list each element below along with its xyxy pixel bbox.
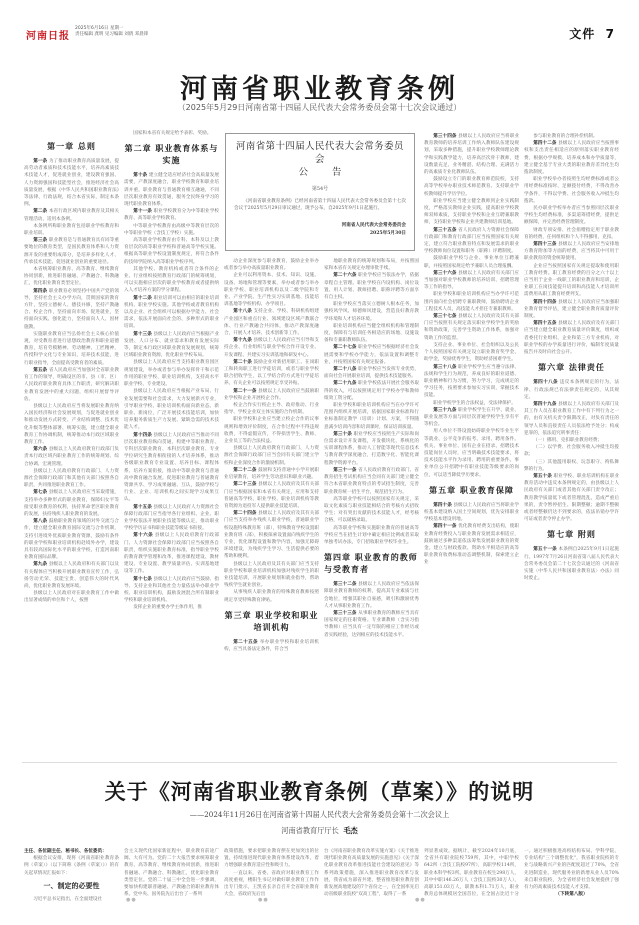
paragraph: 根据会议安排，现将《河南省职业教育条例（草案）》（以下简称《条例（草案）》）的有… [24,855,119,877]
article-paragraph: 第二十三条 县级以上人民政府及其有关部门应当根据国家和本省有关规定，应用和支持普… [224,481,319,510]
article-text: 支持企业、事业单位、社会组织以及公民个人按照国家有关规定设立职业教育奖学金、助学… [424,343,519,362]
article-column-6: 参与职业教育的合理补偿机制。第四十二条 县级以上人民政府应当按照事权和支出责任相… [524,133,619,745]
article-label: 第二十七条 [333,345,356,350]
chapter-heading: 第三章 职业学校和职业培训机构 [224,610,319,634]
article-label: 第四十三条 [533,242,556,247]
article-paragraph: 第三十三条 从事职业教育的教师应当具有国家规定的任职资格。专业课教师（含实习指导… [324,610,419,639]
paragraph: 高等职业学校和实施职业教育的普通高等学校应当在招生计划中确定相应比例或者采取单独… [324,525,419,547]
article-label: 第二十一条 [233,389,256,394]
article-paragraph: 第四十九条 县级以上人民政府有关部门及其工作人员在职业教育工作中有下列行为之一的… [524,401,619,437]
chapter-heading: 第六章 法律责任 [524,362,619,374]
paragraph: 动企业深度参与职业教育，鼓励企业举办或者参与举办高质量职业教育。 [224,258,319,272]
paragraph: 职业学校和职业培训机构应当办学许可范围内面向社会招聘专兼职教师，鼓励聘请企业工程… [424,291,519,313]
article-paragraph: 第四条 职业教育必须坚持中国共产党的领导，坚持社会主义办学方向，贯彻国家的教育方… [24,288,119,331]
article-label: 第二十六条 [333,273,356,278]
section-name: 文件 [569,27,595,41]
article-text: 中等职业学校教育由高级中等教育层次的中等职业学校（含技工学校）实施。 [124,224,219,236]
article-column-4: 地职业教育的统筹规划和布局，并按照国家和本省有关规定办理审批手续。第二十六条 职… [324,258,419,745]
paragraph: 列显著成效。据统计，截至2024年10月底，全省共有职业院校759所，其中，中职… [424,848,519,898]
chapter-heading: 第二章 职业教育体系与实施 [124,143,219,167]
article-text: 县级以上人民政府及其有关部门应当支持职业学校和职业培训机构加强对残疾学生的职业技… [224,562,319,589]
article-text: 国家和本省有关规定给予表彰、奖励。 [133,131,211,136]
continued-note: （下转第八版） [524,891,619,898]
article-text: 参与职业教育的合理补偿机制。 [533,134,597,139]
notice-title: 河南省第十四届人民代表大会常务委员会 [234,140,406,166]
article-paragraph: 第四十八条 违反本条例规定的行为，法律、行政法规已有法律责任规定的，从其规定。 [524,379,619,401]
author-org: 河南省教育厅厅长 [281,826,339,835]
article-paragraph: 第二十二条 鼓励和支持普通中小学开展职业启蒙教育，培养学生劳动意识和职业兴趣。 [224,467,319,481]
article-label: 第三十条 [333,432,352,437]
paragraph: 发挥企业的重要办学主体作用，推 [124,604,219,611]
article-label: 第四十二条 [533,141,556,146]
article-label: 第十七条 [133,577,152,582]
article-column-1: 第一章 总则第一条 为了推动职业教育高质量发展，提高劳动者素质和技术技能水平，培… [24,135,119,745]
article-paragraph: 第四十三条 县级以上人民政府应当安排地方教育附加等方面的经费，应当将其中可用于职… [524,241,619,263]
article-label: 第五条 [33,368,47,373]
article-label: 第二十四条 [233,511,256,516]
chapter-heading: 第七章 附则 [524,529,619,541]
article-paragraph: 第二十一条 县级以上人民政府应当鼓励职业学校和企业开展校企合作。 [224,388,319,402]
article-paragraph: 第三十一条 省人民政府教育行政部门、省教育招生考试机构应当会同有关部门建立健全符… [324,467,419,496]
page-number: 7 [606,27,615,41]
article-paragraph: 第十二条 职业培训可以由相应的职业培训机构、职业学校实施。其他学校或者教育机构以… [124,295,219,331]
article-paragraph: 第四十一条 优化教育经费支出结构，使职业教育经费投入与职业教育发展需求相适应，鼓… [424,523,519,566]
article-label: 第三十四条 [433,134,456,139]
article-text: 其他学校、教育机构或者符合条件的企业、行业组织按照教育行政部门的统筹规划，可以实… [124,267,219,294]
paragraph: （二）以学费、社会服务收入冲抵生均拨款； [524,444,619,458]
article-label: 第三十七条 [433,314,456,319]
article-text: 企业应当按照国家有关规定提取和使用职工教育经费。职工教育经费的百分之六十以上应当… [524,264,619,298]
article-paragraph: 第二十九条 职业学校依法开展社会服务取得的收入，可以按照规定用于学校办学和教师绩… [324,380,419,402]
paragraph: 县级以上人民政府应当支持职业教育园区规划建设，举办或者参与举办发挥骨干和示范作用… [124,359,219,388]
article-text: 为了推动职业教育高质量发展，提高劳动者素质和技术技能水平，培养高素质技术技能人才… [24,159,119,207]
article-text: 职业学校举办者按照生均经费标准或者公用经费标准按时、足额拨付经费，不得改善办学条… [524,177,619,204]
separator-dots: ●● [126,897,137,903]
explanation-title: 关于《河南省职业教育条例（草案）》的说明 [0,776,639,806]
paragraph: 其他学校、教育机构或者符合条件的企业、行业组织按照教育行政部门的统筹规划，可以实… [124,266,219,295]
explanation-column-3: 政策措施，要求把职业教育摆在更加突出的位置，持续推进现代职业教育体系建设改革，着… [224,848,319,898]
article-text: 职业学校和企业应当建立校企合作的议事规则和增效评价制度，在合作过程中不得违规收费… [224,417,319,444]
article-paragraph: 第三十九条 职业学校学生在升学、就业、职业发展等方面与同层次普通学校学生享有平等… [424,407,519,429]
explanation-column-1: 主任、各位副主任、秘书长、各位委员： 根据会议安排，现将《河南省职业教育条例（草… [24,848,119,908]
article-text: （一）挪用、克扣职业教育经费； [533,438,602,443]
article-paragraph: 第十五条 县级以上人民政府人力资源社会保障行政部门应当指导各行业组织、企业、职业… [124,504,219,533]
masthead: 河南日报 2025年6月16日 星期一 责任编辑 龚明 见习编辑 刘倩 邓晨锋 … [0,0,639,46]
paragraph: 从事残疾人职业教育的特殊教育教师按照规定享受特殊教育津贴。 [224,589,319,603]
notice-date: 2025年5月30日 [234,230,406,237]
paragraph: 县级以上人民政府对在职业教育工作中做出显著成绩的单位和个人，按照 [24,590,119,604]
paragraph: 实施职业教育应当弘扬社会主义核心价值观，对受教育者进行思想政治教育和职业道德教育… [24,331,119,367]
article-text: 鼓励设立专门的职业教育师范院校，支持高等学校举办职业技术师范教育。支持职业学校教… [424,177,519,196]
paragraph: 民办职业学校举办者应当参照同层次职业学校生均经费标准，多渠道筹措经费，提供足额保… [524,205,619,227]
paragraph: 一直以来，省委、省政府对职业教育工作高度重视，楼阳生书记对做好职业教育工作作出专… [224,870,319,898]
article-paragraph: 第五十条 职业学校、职业培训机构在职业教育活动中违反本条例规定的，由县级以上人民… [524,473,619,523]
paragraph: 职业学校应当落实立德树人根本任务，加强校风学风、师德师风建设，营造良好教育教学环… [324,301,419,323]
regulation-subtitle: （2025年5月29日河南省第十四届人民代表大会常务委员会第十七次会议通过） [0,102,639,113]
chapter-heading: 第五章 职业教育保障 [424,485,519,497]
article-label: 第四十一条 [433,524,456,529]
article-text: 县级以上人民政府应当将职业教育教师的培养培训工作纳入教师队伍建设规划，采取多种措… [424,134,519,175]
article-text: 县级以上人民政府应当根据产业布局、行业发展需要和社会需求，大力发展新兴专业，引导… [124,389,219,430]
article-label: 第二条 [33,209,47,214]
paragraph: 职业学校学生的合法权益，受法律保护。 [424,400,519,407]
article-label: 第十二条 [133,296,152,301]
article-label: 第三十六条 [433,271,456,276]
article-label: 第五十条 [533,474,552,479]
paragraph: 本省统筹职业教育、高等教育、继续教育协同创新，推进职普融通、产教融合、科教融汇，… [24,266,119,288]
article-label: 第四十条 [433,503,452,508]
paragraph: 习近平总书记指出，在全面建设社 [24,896,119,903]
article-column-5: 第三十四条 县级以上人民政府应当将职业教育教师的培养培训工作纳入教师队伍建设规划… [424,133,519,745]
article-text: 鼓励职业教育领域的对外交流与合作，建立健全职业教育国际交流与合作机制，支持引进境… [24,519,119,560]
article-text: 县级以上人民政府应当按照事权和支出责任相适应的原则落实职业教育经费，根据办学规模… [524,141,619,175]
section-divider [22,762,617,763]
article-text: 动企业深度参与职业教育，鼓励企业举办或者参与举办高质量职业教育。 [224,259,319,271]
article-paragraph: 第二十八条 职业学校应当发挥专业优势，面向社会开展职业培训，提供技术技能服务。 [324,366,419,380]
article-paragraph: 第四十条 县级以上人民政府应当将职业学校基本建设纳入国土空间规划，优先安排职业学… [424,502,519,524]
notice-body: 《河南省职业教育条例》已经河南省第十四届人民代表大会常务委员会第十七次会议于20… [234,198,406,212]
article-paragraph: 第十条 建立健全适应经济社会高质量发展需要，产教深度融合，职业学校教育和职业培训… [124,172,219,208]
article-text: （三）其他滥用职权、玩忽职守、徇私舞弊的行为。 [524,460,619,472]
article-label: 第九条 [33,562,47,567]
article-paragraph: 第十三条 县级以上人民政府应当根据产业发展、人口分布、就业需求和教育发展实际等，… [124,331,219,360]
article-text: 县级以上人民政府应当推动不同层次职业教育纵向贯通，构建中等职业教育、专科层次职业… [124,433,219,503]
article-label: 第二十五条 [233,640,258,645]
article-text: 企业可以利用资本、技术、知识、设施、设备、场地和管理等要素，举办或者参与举办职业… [224,273,319,307]
article-text: 本条例所称职业教育包括职业学校教育和职业培训。 [24,224,119,236]
article-text: 职业培训机构应当健全组织机构和管理制度，保障有与培训任务相适应的场地、设施设备和… [324,324,419,343]
article-label: 第一条 [33,159,47,164]
article-label: 第四十四条 [533,300,556,305]
paragraph: 职业学校和企业应当建立校企合作的议事规则和增效评价制度，在合作过程中不得违规收费… [224,416,319,445]
article-text: 职业学校学生的合法权益，受法律保护。 [433,401,516,406]
paragraph: 企业可以利用资本、技术、知识、设施、设备、场地和管理等要素，举办或者参与举办职业… [224,272,319,308]
article-text: 职业学校和职业培训机构应当办学许可范围内面向社会招聘专兼职教师，鼓励聘请企业工程… [424,292,519,311]
article-column-3: 动企业深度参与职业教育，鼓励企业举办或者参与举办高质量职业教育。企业可以利用资本… [224,258,319,745]
article-text: 县级以上人民政府教育行政部门、人力资源社会保障行政部门和其他有关部门按照各自职责… [24,469,119,488]
article-paragraph: 第三十四条 县级以上人民政府应当将职业教育教师的培养培训工作纳入教师队伍建设规划… [424,133,519,176]
article-label: 第十四条 [133,433,152,438]
article-label: 第二十二条 [233,468,256,473]
article-label: 第三十三条 [333,611,356,616]
paragraph: 职业学校和职业培训机构应当在办学许可范围内组织开展培训，依据国家职业标准和行业标… [324,402,419,431]
separator-dots: ●● [258,897,269,903]
paragraph: 支持企业、事业单位、社会组织以及公民个人按照国家有关规定设立职业教育奖学金、助学… [424,342,519,364]
article-text: 县级以上人民政府及有关部门应当建立健全职业教育质量评价制度，组织或者委托行业组织… [524,321,619,355]
article-column-2: 国家和本省有关规定给予表彰、奖励。第二章 职业教育体系与实施第十条 建立健全适应… [124,130,219,745]
article-label: 第四条 [33,289,47,294]
author-name: 毛杰 [343,826,357,835]
article-paragraph: 第三十八条 职业学校学生应当遵守法律、法规和学生行为规范，养成良好的职业道德、职… [424,364,519,400]
paragraph: 县级以上人民政府应当将发展职业教育纳入国民经济和社会发展规划，与促进就业创业和推… [24,403,119,446]
article-paragraph: 第三十五条 省人民政府人力资源社会保障行政部门和教育行政部门应当按照国家有关规定… [424,227,519,256]
article-paragraph: 第八条 鼓励职业教育领域的对外交流与合作，建立健全职业教育国际交流与合作机制，支… [24,518,119,561]
article-text: 校企合作实行校企主导、政府推动、行业指导、学校企业双主体实施的合作机制。 [224,403,319,415]
article-text: 发挥企业的重要办学主体作用，推 [133,605,202,610]
article-text: 从事残疾人职业教育的特殊教育教师按照规定享受特殊教育津贴。 [224,590,319,602]
article-paragraph: 第十四条 县级以上人民政府应当推动不同层次职业教育纵向贯通，构建中等职业教育、专… [124,432,219,504]
paragraph: 鼓励职业学校与企业、事业单位互聘兼职，并按照国家规定给予兼职人员合理报酬。 [424,255,519,269]
salutation: 主任、各位副主任、秘书长、各位委员： [24,848,119,855]
article-text: （二）以学费、社会服务收入冲抵生均拨款； [524,445,619,457]
article-text: 实施职业教育应当弘扬社会主义核心价值观，对受教育者进行思想政治教育和职业道德教育… [24,332,119,366]
article-paragraph: 第一条 为了推动职业教育高质量发展，提高劳动者素质和技术技能水平，培养高素质技术… [24,158,119,208]
article-paragraph: 第十一条 职业学校教育分为中等职业学校教育、高等职业学校教育。 [124,208,219,222]
paragraph: 企业应当按照国家有关规定提取和使用职工教育经费。职工教育经费的百分之六十以上应当… [524,263,619,299]
regulation-title: 河南省职业教育条例 [0,67,639,106]
paragraph: （三）其他滥用职权、玩忽职守、徇私舞弊的行为。 [524,459,619,473]
article-label: 第十六条 [133,533,153,538]
article-paragraph: 第二条 本省行政区域内职业教育及其相关管理活动，适用本条例。 [24,208,119,222]
article-label: 第十三条 [133,332,152,337]
paragraph: 会主义现代化国家新征程中，职业教育前途广阔、大有可为。党的二十大报告要求统筹职业… [124,848,219,898]
article-text: 职业教育必须坚持中国共产党的领导，坚持社会主义办学方向，贯彻国家的教育方针，坚持… [24,289,119,330]
paragraph: 职业学校举办者按照生均经费标准或者公用经费标准按时、足额拨付经费，不得改善办学条… [524,176,619,205]
explanation-column-4: 台《河南省职业教育改革实施方案》《关于推进现代职业教育高质量发展的实施意见》《关… [324,848,419,898]
article-text: 高等职业学校教育由专科、本科及以上教育层次的高等职业学校和普通高等学校实施。根据… [124,238,219,265]
official-notice-box: 河南省第十四届人民代表大会常务委员会 公告 第54号 《河南省职业教育条例》已经… [225,133,415,251]
article-text: 县级以上人民政府教育行政部门、人力资源社会保障行政部门应当会同有关部门建立学校和… [224,446,319,465]
article-label: 第十条 [133,173,147,178]
article-label: 第三条 [33,238,47,243]
paragraph: 职业培训机构应当健全组织机构和管理制度，保障有与培训任务相适应的场地、设施设备和… [324,323,419,345]
section-heading: 一、制定的必要性 [24,883,119,890]
article-text: 职业学校应当建立健全教师到企业实践制度，严格落实教师企业实践，提高职业学校教师双… [424,199,519,226]
explanation-subtitle: ——2024年11月26日在河南省第十四届人民代表大会常务委员会第十二次会议上 [0,810,639,820]
article-label: 第七条 [33,490,47,495]
article-label: 第六条 [33,447,47,452]
article-label: 第二十八条 [333,367,356,372]
article-paragraph: 第四十五条 县级以上人民政府及有关部门应当建立健全职业教育质量评价制度，组织或者… [524,320,619,356]
explanation-column-5: 列显著成效。据统计，截至2024年10月底，全省共有职业院校759所，其中，中职… [424,848,519,898]
article-label: 第四十五条 [533,321,556,326]
notice-signer: 河南省人民代表大会常务委员会 [234,222,406,229]
article-paragraph: 第三十条 职业学校应当按照生产实际和岗位需求设计开发课程，开发模块化、系统化的实… [324,431,419,467]
article-paragraph: 第十六条 县级以上人民政府教育行政部门、人力资源社会保障行政部门应当按照各自职责… [124,532,219,575]
paragraph: （一）挪用、克扣职业教育经费； [524,437,619,444]
article-text: 职业学校、职业培训机构在职业教育活动中违反本条例规定的，由县级以上人民政府有关部… [524,474,619,522]
article-paragraph: 第二十七条 职业学校应当根据经济社会发展需要和学校办学能力，依法设置和调整专业，… [324,344,419,366]
article-label: 第十八条 [233,309,252,314]
article-label: 第四十九条 [533,402,556,407]
notice-subtitle: 公告 [258,166,406,179]
article-paragraph: 第九条 县级以上人民政府和有关部门以及有关媒体应当积极开展职业教育宣传工作，弘扬… [24,561,119,590]
paragraph: 县级以上人民政府及其有关部门应当支持职业学校和职业培训机构加强对残疾学生的职业技… [224,561,319,590]
article-label: 第五十一条 [533,547,557,552]
article-paragraph: 第三十二条 县级以上人民政府应当依法保障职业教育教师的权利，提高其专业素质与社会… [324,581,419,610]
paragraph: 台《河南省职业教育改革实施方案》《关于推进现代职业教育高质量发展的实施意见》《关… [324,848,419,898]
article-label: 第八条 [33,519,47,524]
article-paragraph: 第十七条 县级以上人民政府应当鼓励、指导、支持企业和其他社会力量依法举办职业学校… [124,576,219,605]
article-paragraph: 第七条 县级以上人民政府应当采取措施，支持举办多种形式的职业教育，保障妇女平等接… [24,489,119,518]
article-label: 第十九条 [233,338,252,343]
article-text: 建立健全适应经济社会高质量发展需要，产教深度融合，职业学校教育和职业培训并重，职… [124,173,219,207]
article-paragraph: 第五条 省人民政府应当加强对全省职业教育工作的领导，明确设区的市、县（市、区）人… [24,367,119,403]
article-text: 本条例自2025年9月1日起施行。1997年7月26日河南省第八届人民代表大会常… [524,547,619,581]
explanation-column-2: 会主义现代化国家新征程中，职业教育前途广阔、大有可为。党的二十大报告要求统筹职业… [124,848,219,898]
paragraph: 中等职业学校教育由高级中等教育层次的中等职业学校（含技工学校）实施。 [124,223,219,237]
article-label: 第二十三条 [233,482,256,487]
article-text: 高等职业学校和实施职业教育的普通高等学校应当在招生计划中确定相应比例或者采取单独… [324,526,419,545]
explanation-column-6: 一。通过积极推进高校结构布局、学科学院、专业结构"三个调整优化"，我省职业院校的… [524,848,619,898]
article-label: 第二十九条 [333,381,356,386]
article-paragraph: 第六条 县级以上人民政府教育行政部门负责本行政区域内职业教育工作的统筹规划、综合… [24,446,119,468]
article-paragraph: 第四十四条 县级以上人民政府应当加强职业教育督导评估，建立健全职业教育质量评价制… [524,299,619,321]
section-label: 文件 7 [569,25,615,42]
article-paragraph: 第五十一条 本条例自2025年9月1日起施行。1997年7月26日河南省第八届人… [524,546,619,582]
article-text: 县级以上人民政府及其有关部门应当支持举办残疾人职业学校，普通职业学校设施特殊教育… [224,511,319,559]
paragraph: 国家和本省有关规定给予表彰、奖励。 [124,130,219,137]
article-label: 第三十九条 [433,408,456,413]
article-label: 第十一条 [133,209,152,214]
article-label: 第三十一条 [333,468,356,473]
article-text: 本省统筹职业教育、高等教育、继续教育协同创新，推进职普融通、产教融合、科教融汇，… [24,267,119,286]
article-paragraph: 第十八条 支持企业、学校、科研机构组建产业园区和重点行业、领域建设区域产教联合体… [224,308,319,337]
article-text: 职业学校应当落实立德树人根本任务，加强校风学风、师德师风建设，营造良好教育教学环… [324,302,419,321]
paragraph: 县级以上人民政府教育行政部门、人力资源社会保障行政部门应当会同有关部门建立学校和… [224,445,319,467]
article-paragraph: 第二十四条 县级以上人民政府及其有关部门应当支持举办残疾人职业学校，普通职业学校… [224,510,319,560]
article-text: 鼓励职业学校与企业、事业单位互聘兼职，并按照国家规定给予兼职人员合理报酬。 [424,256,519,268]
chapter-heading: 第一章 总则 [24,141,119,153]
paragraph: 用人单位不得设置妨碍职业学校毕业生平等就业、公平竞争的报考、录用、聘用条件。机关… [424,428,519,478]
paragraph: 鼓励设立专门的职业教育师范院校，支持高等学校举办职业技术师范教育。支持职业学校教… [424,176,519,198]
paragraph: 职业学校应当建立健全教师到企业实践制度，严格落实教师企业实践，提高职业学校教师双… [424,198,519,227]
article-label: 第三十五条 [433,228,456,233]
article-text: 民办职业学校举办者应当参照同层次职业学校生均经费标准，多渠道筹措经费，提供足额保… [524,206,619,225]
paragraph: 高等职业学校教育由专科、本科及以上教育层次的高等职业学校和普通高等学校实施。根据… [124,237,219,266]
article-text: 用人单位不得设置妨碍职业学校毕业生平等就业、公平竞争的报考、录用、聘用条件。机关… [424,429,519,477]
separator-dots: ●● [415,897,426,903]
paragraph: 县级以上人民政府教育行政部门、人力资源社会保障行政部门和其他有关部门按照各自职责… [24,468,119,490]
article-paragraph: 第二十五条 举办职业学校和职业培训机构，应当具备法定条件，符合当 [224,639,319,653]
paragraph: 本条例所称职业教育包括职业学校教育和职业培训。 [24,223,119,237]
article-text: 高等职业学校可以按照国家有关规定，采取文化素质与职业技能相结合的考核方式招收学生… [324,497,419,524]
article-label: 第四十八条 [533,380,558,385]
paragraph: 县级以上人民政府应当根据产业布局、行业发展需要和社会需求，大力发展新兴专业，引导… [124,388,219,431]
article-text: 地职业教育的统筹规划和布局，并按照国家和本省有关规定办理审批手续。 [324,259,419,271]
paragraph: 财政专项安排、社会捐赠指定用于职业教育的经费，任何组织和个人不得挪用、克扣。 [524,227,619,241]
issue-meta: 2025年6月16日 星期一 责任编辑 龚明 见习编辑 刘倩 邓晨锋 [75,26,148,38]
paragraph: 校企合作实行校企主导、政府推动、行业指导、学校企业双主体实施的合作机制。 [224,402,319,416]
article-paragraph: 第四十二条 县级以上人民政府应当按照事权和支出责任相适应的原则落实职业教育经费，… [524,140,619,176]
article-text: 县级以上人民政府对在职业教育工作中做出显著成绩的单位和个人，按照 [24,591,119,603]
article-text: 职业学校和职业培训机构应当在办学许可范围内组织开展培训，依据国家职业标准和行业标… [324,403,419,430]
paragraph: 地职业教育的统筹规划和布局，并按照国家和本省有关规定办理审批手续。 [324,258,419,272]
article-text: 县级以上人民政府应当将发展职业教育纳入国民经济和社会发展规划，与促进就业创业和推… [24,404,119,445]
article-paragraph: 第十九条 县级以上人民政府应当引导和支持企业、行业组织与职业学校合作开设专业、开… [224,337,319,359]
paragraph: 高等职业学校可以按照国家有关规定，采取文化素质与职业技能相结合的考核方式招收学生… [324,496,419,525]
article-text: 优化教育经费支出结构，使职业教育经费投入与职业教育发展需求相适应，鼓励通过多种渠… [424,524,519,565]
chapter-heading: 第四章 职业教育的教师与受教育者 [324,552,419,576]
article-label: 第十五条 [133,505,152,510]
article-label: 第二十条 [233,360,252,365]
editor-credits: 责任编辑 龚明 见习编辑 刘倩 邓晨锋 [75,32,148,38]
notice-number: 第54号 [234,185,406,192]
article-paragraph: 第三十六条 县级以上人民政府有关部门应当加强对职业学校教师的培养培训、招聘管理等… [424,270,519,292]
article-text: 财政专项安排、社会捐赠指定用于职业教育的经费，任何组织和个人不得挪用、克扣。 [524,228,619,240]
paragraph: 一。通过积极推进高校结构布局、学科学院、专业结构"三个调整优化"，我省职业院校的… [524,848,619,891]
paragraph: 政策措施，要求把职业教育摆在更加突出的位置，持续推进现代职业教育体系建设改革，着… [224,848,319,870]
article-paragraph: 第三十七条 县级以上人民政府及其有关部门应当按照有关规定落实职业学校学生的奖励和… [424,313,519,342]
explanation-author: 河南省教育厅厅长 毛杰 [0,826,639,836]
article-paragraph: 第二十条 鼓励企业对新招用职工、在岗职工和转岗职工进行学徒培训，或者与职业学校联… [224,359,319,388]
article-text: 县级以上人民政府教育行政部门、人力资源社会保障行政部门应当按照各自职责，组织实施… [124,533,219,574]
article-paragraph: 第三条 职业教育是与普通教育具有同等重要地位的教育类型，是国民教育体系和人力资源… [24,237,119,266]
article-paragraph: 第二十六条 职业学校应当依法办学，依据章程自主管理。职业学校在内设机构、岗位设置… [324,272,419,301]
article-label: 第三十八条 [433,365,456,370]
article-text: 县级以上人民政府应当支持职业教育园区规划建设，举办或者参与举办发挥骨干和示范作用… [124,360,219,387]
article-label: 第三十二条 [333,582,356,587]
newspaper-logo: 河南日报 [26,27,70,42]
paragraph: 参与职业教育的合理补偿机制。 [524,133,619,140]
